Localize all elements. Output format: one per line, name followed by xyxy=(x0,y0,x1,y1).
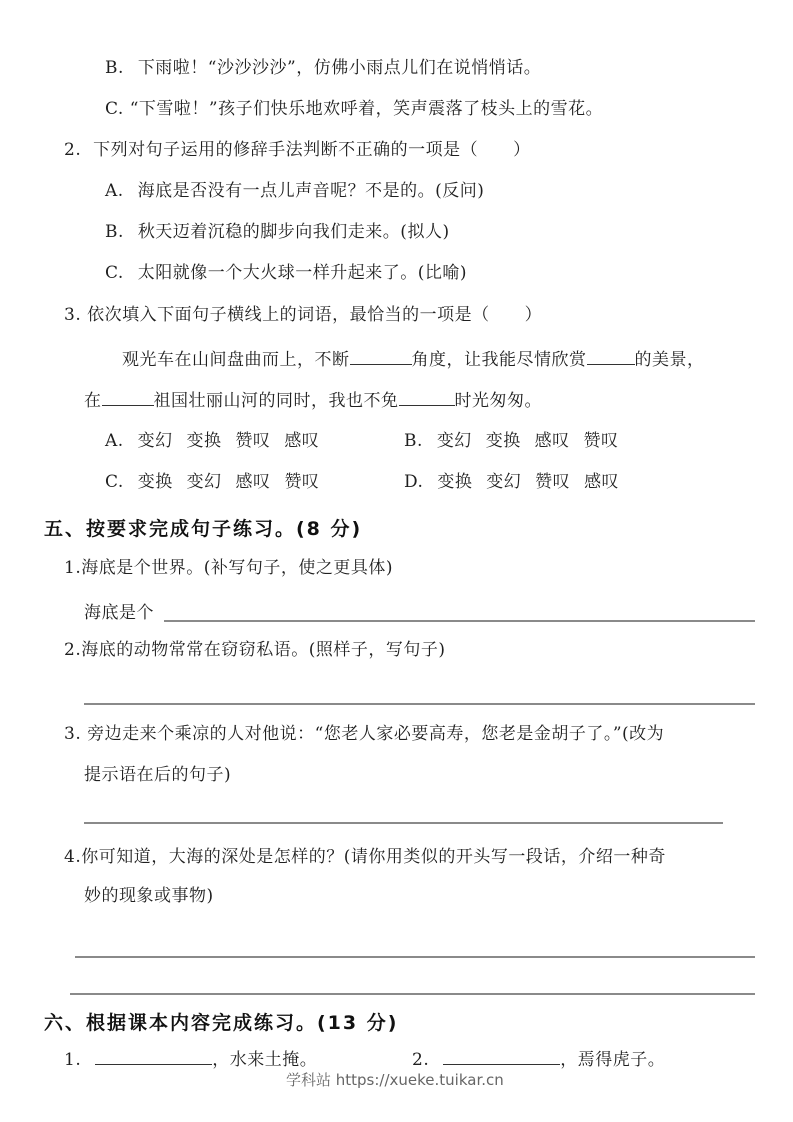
option-word: 变幻 xyxy=(138,431,173,451)
item-suffix: ，焉得虎子。 xyxy=(560,1050,665,1070)
question-number: 3. xyxy=(64,305,81,325)
q3-passage-line1: 观光车在山间盘曲而上，不断角度，让我能尽情欣赏的美景， xyxy=(122,348,705,371)
option-text: 下雨啦！“沙沙沙沙”，仿佛小雨点儿们在说悄悄话。 xyxy=(138,58,541,78)
option-label: C. xyxy=(105,99,124,119)
fill-blank-1[interactable] xyxy=(350,348,412,365)
option-word: 赞叹 xyxy=(535,472,570,492)
option-label: C. xyxy=(105,472,124,492)
q3-passage-line2: 在祖国壮丽山河的同时，我也不免时光匆匆。 xyxy=(84,389,542,412)
passage-text: 祖国壮丽山河的同时，我也不免 xyxy=(154,391,399,411)
s5-q4-prompt-line2: 妙的现象或事物) xyxy=(84,885,214,907)
s5-q4-prompt-line1: 4.你可知道，大海的深处是怎样的？(请你用类似的开头写一段话，介绍一种奇 xyxy=(64,846,666,868)
item-number: 2. xyxy=(412,1050,429,1070)
s5-q2-prompt: 2.海底的动物常常在窃窃私语。(照样子，写句子) xyxy=(64,639,446,661)
q2-option-a: A. 海底是否没有一点儿声音呢？不是的。(反问) xyxy=(105,180,484,202)
section5-heading: 五、按要求完成句子练习。(8 分) xyxy=(44,517,362,541)
q3-prompt: 3. 依次填入下面句子横线上的词语，最恰当的一项是（ ） xyxy=(64,304,542,326)
option-text: “下雪啦！”孩子们快乐地欢呼着，笑声震落了枝头上的雪花。 xyxy=(130,99,603,119)
question-text: 海底是个世界。(补写句子，使之更具体) xyxy=(81,558,393,578)
s6-item-2-blank[interactable] xyxy=(443,1048,560,1065)
q3-option-d: D. 变换 变幻 赞叹 感叹 xyxy=(404,471,627,493)
option-text: 海底是否没有一点儿声音呢？不是的。(反问) xyxy=(138,181,485,201)
option-word: 变换 xyxy=(486,431,521,451)
option-word: 变换 xyxy=(138,472,173,492)
q1-option-c: C. “下雪啦！”孩子们快乐地欢呼着，笑声震落了枝头上的雪花。 xyxy=(105,98,603,120)
s5-q3-answer-line[interactable] xyxy=(84,822,723,824)
q2-option-b: B. 秋天迈着沉稳的脚步向我们走来。(拟人) xyxy=(105,221,450,243)
section6-heading: 六、根据课本内容完成练习。(13 分) xyxy=(44,1011,398,1035)
question-text: 旁边走来个乘凉的人对他说：“您老人家必要高寿，您老是金胡子了。”(改为 xyxy=(87,724,664,744)
passage-text: 观光车在山间盘曲而上，不断 xyxy=(122,350,350,370)
s5-q4-answer-line-2[interactable] xyxy=(70,993,755,995)
question-text: 你可知道，大海的深处是怎样的？(请你用类似的开头写一段话，介绍一种奇 xyxy=(81,847,666,867)
s5-q1-answer-prefix: 海底是个 xyxy=(84,602,154,624)
option-word: 赞叹 xyxy=(284,472,319,492)
q2-prompt: 2. 下列对句子运用的修辞手法判断不正确的一项是（ ） xyxy=(64,139,531,161)
option-label: A. xyxy=(105,431,124,451)
option-word: 感叹 xyxy=(584,472,619,492)
passage-text: 在 xyxy=(84,391,102,411)
question-number: 3. xyxy=(64,724,81,744)
s6-item-2: 2.，焉得虎子。 xyxy=(412,1048,665,1071)
item-suffix: ，水来土掩。 xyxy=(212,1050,317,1070)
option-label: D. xyxy=(404,472,423,492)
option-word: 赞叹 xyxy=(584,431,619,451)
s5-q3-prompt-line1: 3. 旁边走来个乘凉的人对他说：“您老人家必要高寿，您老是金胡子了。”(改为 xyxy=(64,723,664,745)
option-label: B. xyxy=(105,222,124,242)
option-label: B. xyxy=(404,431,423,451)
q1-option-b: B. 下雨啦！“沙沙沙沙”，仿佛小雨点儿们在说悄悄话。 xyxy=(105,57,541,79)
question-number: 2. xyxy=(64,640,81,660)
option-word: 变换 xyxy=(437,472,472,492)
option-word: 变幻 xyxy=(486,472,521,492)
fill-blank-2[interactable] xyxy=(587,348,635,365)
s6-item-1: 1.，水来土掩。 xyxy=(64,1048,317,1071)
question-text: 依次填入下面句子横线上的词语，最恰当的一项是（ ） xyxy=(87,305,542,325)
question-text: 海底的动物常常在窃窃私语。(照样子，写句子) xyxy=(81,640,445,660)
option-word: 变幻 xyxy=(437,431,472,451)
passage-text: 时光匆匆。 xyxy=(455,391,543,411)
q3-option-b: B. 变幻 变换 感叹 赞叹 xyxy=(404,430,627,452)
option-word: 感叹 xyxy=(535,431,570,451)
option-text: 太阳就像一个大火球一样升起来了。(比喻) xyxy=(138,263,467,283)
q3-option-c: C. 变换 变幻 感叹 赞叹 xyxy=(105,471,327,493)
question-number: 1. xyxy=(64,558,81,578)
option-label: A. xyxy=(105,181,124,201)
s6-item-1-blank[interactable] xyxy=(95,1048,212,1065)
q3-option-a: A. 变幻 变换 赞叹 感叹 xyxy=(105,430,327,452)
question-number: 4. xyxy=(64,847,81,867)
option-word: 感叹 xyxy=(236,472,271,492)
fill-blank-3[interactable] xyxy=(102,389,154,406)
option-word: 变幻 xyxy=(187,472,222,492)
s5-q1-prompt: 1.海底是个世界。(补写句子，使之更具体) xyxy=(64,557,393,579)
s5-q4-answer-line-1[interactable] xyxy=(75,956,755,958)
option-text: 秋天迈着沉稳的脚步向我们走来。(拟人) xyxy=(138,222,450,242)
option-word: 赞叹 xyxy=(235,431,270,451)
passage-text: 角度，让我能尽情欣赏 xyxy=(412,350,587,370)
s5-q1-answer-line[interactable] xyxy=(164,620,755,622)
option-word: 变换 xyxy=(187,431,222,451)
question-text: 下列对句子运用的修辞手法判断不正确的一项是（ ） xyxy=(93,140,531,160)
option-word: 感叹 xyxy=(284,431,319,451)
q2-option-c: C. 太阳就像一个大火球一样升起来了。(比喻) xyxy=(105,262,467,284)
s5-q2-answer-line[interactable] xyxy=(84,703,755,705)
item-number: 1. xyxy=(64,1050,81,1070)
question-number: 2. xyxy=(64,140,81,160)
footer-watermark: 学科站 https://xueke.tuikar.cn xyxy=(286,1070,504,1090)
s5-q3-prompt-line2: 提示语在后的句子) xyxy=(84,764,231,786)
option-label: C. xyxy=(105,263,124,283)
passage-text: 的美景， xyxy=(635,350,705,370)
fill-blank-4[interactable] xyxy=(399,389,455,406)
option-label: B. xyxy=(105,58,124,78)
